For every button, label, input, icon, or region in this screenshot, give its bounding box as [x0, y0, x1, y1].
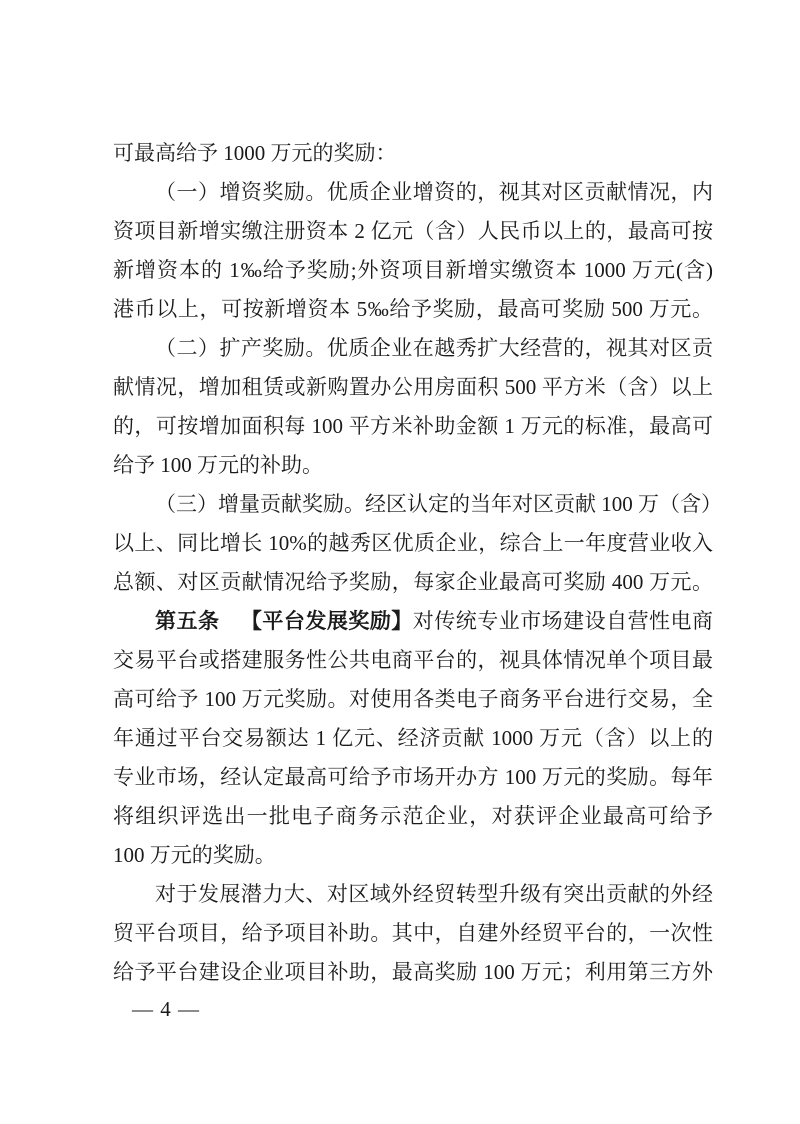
article-5-body-start: 对传统专业市场建设自营性电商 — [413, 609, 713, 633]
document-text-block: 可最高给予 1000 万元的奖励： （一）增资奖励。优质企业增资的，视其对区贡献… — [113, 134, 713, 992]
foreign-trade-paragraph-line: 对于发展潜力大、对区域外经贸转型升级有突出贡献的外经 — [113, 875, 713, 914]
document-page: 可最高给予 1000 万元的奖励： （一）增资奖励。优质企业增资的，视其对区贡献… — [0, 0, 800, 1124]
article-5-line: 高可给予 100 万元奖励。对使用各类电子商务平台进行交易，全 — [113, 680, 713, 719]
item-3-line: （三）增量贡献奖励。经区认定的当年对区贡献 100 万（含） — [113, 485, 713, 524]
item-3-line: 以上、同比增长 10%的越秀区优质企业，综合上一年度营业收入 — [113, 524, 713, 563]
article-5-line: 专业市场，经认定最高可给予市场开办方 100 万元的奖励。每年 — [113, 758, 713, 797]
article-5-opening-line: 第五条【平台发展奖励】对传统专业市场建设自营性电商 — [113, 602, 713, 641]
article-5-line: 年通过平台交易额达 1 亿元、经济贡献 1000 万元（含）以上的 — [113, 719, 713, 758]
item-2-line: 给予 100 万元的补助。 — [113, 446, 713, 485]
paragraph-continuation-line: 可最高给予 1000 万元的奖励： — [113, 134, 713, 173]
article-5-number: 第五条 — [155, 609, 219, 633]
item-1-line: （一）增资奖励。优质企业增资的，视其对区贡献情况，内 — [113, 173, 713, 212]
item-1-line: 资项目新增实缴注册资本 2 亿元（含）人民币以上的，最高可按 — [113, 212, 713, 251]
item-2-line: 献情况，增加租赁或新购置办公用房面积 500 平方米（含）以上 — [113, 368, 713, 407]
foreign-trade-paragraph-line: 给予平台建设企业项目补助，最高奖励 100 万元；利用第三方外 — [113, 953, 713, 992]
item-2-line: 的，可按增加面积每 100 平方米补助金额 1 万元的标准，最高可 — [113, 407, 713, 446]
item-1-line: 新增资本的 1‰给予奖励;外资项目新增实缴资本 1000 万元(含) — [113, 251, 713, 290]
item-1-line: 港币以上，可按新增资本 5‰给予奖励，最高可奖励 500 万元。 — [113, 290, 713, 329]
page-number: — 4 — — [132, 994, 200, 1024]
item-3-line: 总额、对区贡献情况给予奖励，每家企业最高可奖励 400 万元。 — [113, 563, 713, 602]
article-5-line: 100 万元的奖励。 — [113, 836, 713, 875]
item-2-line: （二）扩产奖励。优质企业在越秀扩大经营的，视其对区贡 — [113, 329, 713, 368]
foreign-trade-paragraph-line: 贸平台项目，给予项目补助。其中，自建外经贸平台的，一次性 — [113, 914, 713, 953]
article-5-line: 交易平台或搭建服务性公共电商平台的，视具体情况单个项目最 — [113, 641, 713, 680]
article-5-line: 将组织评选出一批电子商务示范企业，对获评企业最高可给予 — [113, 797, 713, 836]
article-5-bracket-title: 【平台发展奖励】 — [240, 609, 412, 633]
